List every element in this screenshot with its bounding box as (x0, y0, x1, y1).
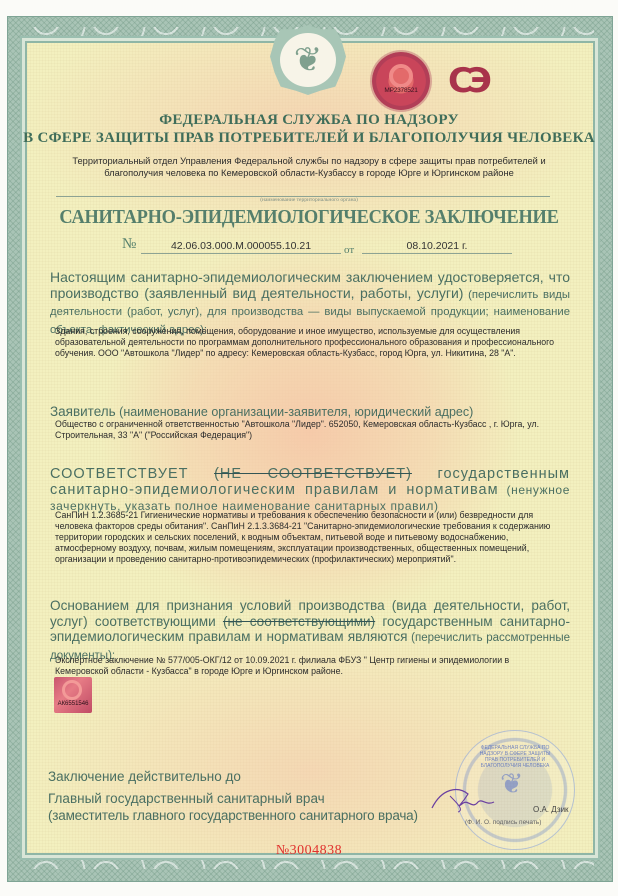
complies-label: СООТВЕТСТВУЕТ (50, 466, 189, 482)
applicant-details: Общество с ограниченной ответственностью… (55, 419, 555, 441)
hologram-emblem-icon (62, 680, 82, 700)
guilloche-border-bottom (26, 859, 594, 869)
se-logo-icon: СЭ (448, 63, 508, 99)
hologram-serial-bottom: АК6551546 (54, 701, 92, 707)
hologram-emblem-icon (389, 64, 413, 88)
territorial-caption: (наименование территориального органа) (0, 197, 618, 203)
applicant-note: (наименование организации-заявителя, юри… (116, 405, 474, 419)
form-serial-number: №3004838 (0, 843, 618, 859)
valid-until-label: Заключение действительно до (48, 769, 241, 784)
number-label: № (122, 236, 136, 253)
russian-coat-of-arms-icon: ❦ (280, 33, 336, 87)
basis-documents: Экспертное заключение № 577/005-ОКГ/12 о… (55, 655, 555, 677)
not-complies-struck: (НЕ СООТВЕТСТВУЕТ) (214, 466, 412, 482)
agency-name-line1: ФЕДЕРАЛЬНАЯ СЛУЖБА ПО НАДЗОРУ (0, 112, 618, 129)
applicant-label: Заявитель (50, 404, 116, 419)
chief-doctor-title: Главный государственный санитарный врач (48, 791, 325, 806)
territorial-body: Территориальный отдел Управления Федерал… (50, 155, 568, 179)
deputy-chief-doctor-title: (заместитель главного государственного с… (48, 808, 418, 823)
sanitary-rules-list: СанПиН 1.2.3685-21 Гигиенические нормати… (55, 510, 555, 565)
object-description: Здания, строения, сооружения, помещения,… (55, 326, 555, 359)
document-title: САНИТАРНО-ЭПИДЕМИОЛОГИЧЕСКОЕ ЗАКЛЮЧЕНИЕ (25, 206, 594, 229)
document-number: 42.06.03.000.М.000055.10.21 (141, 240, 341, 254)
hologram-seal-top: МР2378521 (372, 52, 430, 110)
signature-icon (428, 784, 508, 814)
hologram-seal-bottom: АК6551546 (54, 677, 92, 713)
document-date: 08.10.2021 г. (362, 240, 512, 254)
basis-struck: (не соответствующими) (223, 614, 375, 629)
stamp-text: ФЕДЕРАЛЬНАЯ СЛУЖБА ПО НАДЗОРУ В СФЕРЕ ЗА… (474, 745, 556, 769)
date-label: от (344, 244, 354, 256)
signer-name: О.А. Дзик (533, 805, 569, 814)
signer-caption: (Ф. И. О. подпись печать) (465, 819, 541, 826)
agency-name-line2: В СФЕРЕ ЗАЩИТЫ ПРАВ ПОТРЕБИТЕЛЕЙ И БЛАГО… (0, 130, 618, 147)
compliance-statement: СООТВЕТСТВУЕТ (НЕ СООТВЕТСТВУЕТ) государ… (50, 466, 570, 514)
hologram-serial-top: МР2378521 (372, 87, 430, 94)
